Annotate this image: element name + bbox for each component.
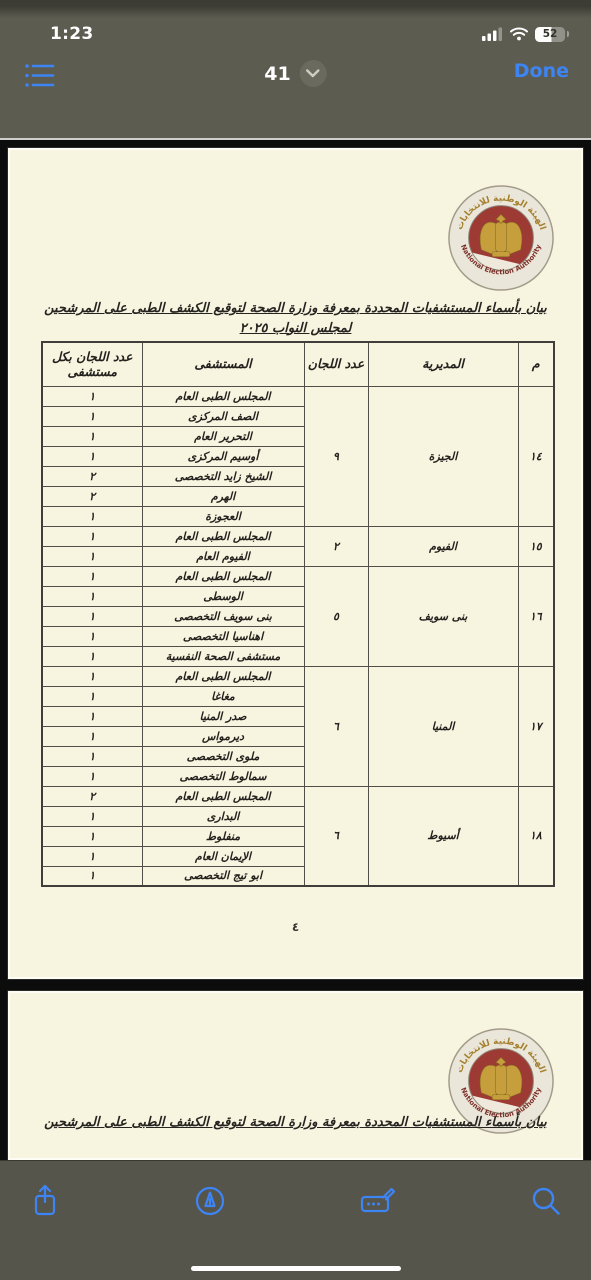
row-index-cell: ١٤	[518, 386, 554, 526]
hospital-name-cell: التحرير العام	[142, 426, 304, 446]
directorate-cell: الفيوم	[368, 526, 518, 566]
document-page-1: بيان بأسماء المستشفيات المحددة بمعرفة وز…	[8, 148, 583, 979]
hospital-name-cell: بنى سويف التخصصى	[142, 606, 304, 626]
hospital-name-cell: الوسطى	[142, 586, 304, 606]
committees-count-cell: ٦	[304, 786, 368, 886]
table-row: ١٤الجيزة٩المجلس الطبى العام١	[42, 386, 554, 406]
bottom-toolbar-icons	[0, 1161, 591, 1219]
hospital-name-cell: الفيوم العام	[142, 546, 304, 566]
document-scroll-area[interactable]: بيان بأسماء المستشفيات المحددة بمعرفة وز…	[0, 0, 591, 1280]
document-title-line2: لمجلس النواب ٢٠٢٥	[240, 321, 352, 336]
row-index-cell: ١٨	[518, 786, 554, 886]
directorate-cell: أسيوط	[368, 786, 518, 886]
committees-count-cell: ٥	[304, 566, 368, 666]
hospital-name-cell: المجلس الطبى العام	[142, 666, 304, 686]
hospital-name-cell: سمالوط التخصصى	[142, 766, 304, 786]
nav-bar: 41 Done	[0, 44, 591, 118]
committees-count-cell: ٢	[304, 526, 368, 566]
hospital-name-cell: مغاغا	[142, 686, 304, 706]
header-directorate: المديرية	[368, 342, 518, 386]
hospital-name-cell: الشيخ زايد التخصصى	[142, 466, 304, 486]
hospital-committees-cell: ١	[42, 846, 142, 866]
hospital-name-cell: الصف المركزى	[142, 406, 304, 426]
search-icon	[529, 1184, 563, 1218]
hospital-name-cell: منفلوط	[142, 826, 304, 846]
hospital-name-cell: أوسيم المركزى	[142, 446, 304, 466]
thumbnails-button[interactable]	[24, 62, 56, 89]
document-title: بيان بأسماء المستشفيات المحددة بمعرفة وز…	[27, 299, 564, 338]
committees-count-cell: ٦	[304, 666, 368, 786]
screen: الهيئة الوطنية للانتخابات National Elect…	[0, 0, 591, 1280]
hospitals-table-body: ١٤الجيزة٩المجلس الطبى العام١الصف المركزى…	[42, 386, 554, 886]
battery-cap	[567, 31, 570, 37]
hospital-committees-cell: ١	[42, 746, 142, 766]
list-bullets-icon	[24, 62, 56, 89]
hospital-committees-cell: ١	[42, 706, 142, 726]
share-button[interactable]	[28, 1183, 62, 1219]
chevron-down-icon	[306, 69, 320, 78]
hospital-name-cell: المجلس الطبى العام	[142, 526, 304, 546]
header-index: م	[518, 342, 554, 386]
hospital-committees-cell: ١	[42, 826, 142, 846]
hospital-committees-cell: ١	[42, 806, 142, 826]
hospital-name-cell: مستشفى الصحة النفسية	[142, 646, 304, 666]
table-row: ١٧المنيا٦المجلس الطبى العام١	[42, 666, 554, 686]
hospital-name-cell: الإيمان العام	[142, 846, 304, 866]
hospital-name-cell: اهناسيا التخصصى	[142, 626, 304, 646]
search-button[interactable]	[529, 1184, 563, 1218]
share-icon	[28, 1183, 62, 1219]
hospital-committees-cell: ١	[42, 566, 142, 586]
table-row: ١٦بنى سويف٥المجلس الطبى العام١	[42, 566, 554, 586]
directorate-cell: بنى سويف	[368, 566, 518, 666]
directorate-cell: الجيزة	[368, 386, 518, 526]
row-index-cell: ١٦	[518, 566, 554, 666]
document-title-line1: بيان بأسماء المستشفيات المحددة بمعرفة وز…	[44, 301, 547, 316]
hospital-committees-cell: ٢	[42, 786, 142, 806]
hospital-name-cell: ابو تيج التخصصى	[142, 866, 304, 886]
hospital-committees-cell: ١	[42, 666, 142, 686]
hospital-name-cell: صدر المنيا	[142, 706, 304, 726]
row-index-cell: ١٥	[518, 526, 554, 566]
status-time: 1:23	[50, 24, 93, 44]
hospitals-table: م المديرية عدد اللجان المستشفى عدد اللجا…	[41, 341, 555, 887]
page-indicator: 41	[264, 63, 290, 85]
hospital-committees-cell: ١	[42, 506, 142, 526]
done-button[interactable]: Done	[514, 60, 569, 82]
hospital-committees-cell: ١	[42, 426, 142, 446]
markup-button[interactable]	[193, 1184, 227, 1218]
signature-icon	[358, 1184, 398, 1218]
hospital-committees-cell: ١	[42, 866, 142, 886]
hospital-committees-cell: ١	[42, 626, 142, 646]
home-indicator[interactable]	[191, 1266, 401, 1271]
header-hospital: المستشفى	[142, 342, 304, 386]
markup-pen-icon	[193, 1184, 227, 1218]
hospital-committees-cell: ١	[42, 546, 142, 566]
hospital-committees-cell: ١	[42, 386, 142, 406]
committees-count-cell: ٩	[304, 386, 368, 526]
nea-logo	[447, 184, 555, 292]
hospital-committees-cell: ١	[42, 646, 142, 666]
battery-percent: 52	[543, 29, 558, 40]
header-committees-per-hospital: عدد اللجان بكل مستشفى	[42, 342, 142, 386]
table-header: م المديرية عدد اللجان المستشفى عدد اللجا…	[42, 342, 554, 386]
cellular-signal-icon	[482, 27, 503, 41]
hospital-committees-cell: ٢	[42, 466, 142, 486]
hospital-name-cell: ملوى التخصصى	[142, 746, 304, 766]
nea-logo-emblem	[447, 184, 555, 292]
hospital-name-cell: الهرم	[142, 486, 304, 506]
row-index-cell: ١٧	[518, 666, 554, 786]
hospital-name-cell: ديرمواس	[142, 726, 304, 746]
page-number: ٤	[10, 920, 581, 934]
battery-icon: 52	[535, 27, 565, 42]
hospital-name-cell: المجلس الطبى العام	[142, 386, 304, 406]
document-page-2: بيان بأسماء المستشفيات المحددة بمعرفة وز…	[8, 991, 583, 1160]
hospital-committees-cell: ١	[42, 586, 142, 606]
wifi-icon	[510, 27, 528, 41]
table-row: ١٨أسيوط٦المجلس الطبى العام٢	[42, 786, 554, 806]
hospital-committees-cell: ١	[42, 606, 142, 626]
header-committees: عدد اللجان	[304, 342, 368, 386]
hospital-committees-cell: ١	[42, 406, 142, 426]
document-title-line1: بيان بأسماء المستشفيات المحددة بمعرفة وز…	[44, 1115, 547, 1130]
hospital-committees-cell: ٢	[42, 486, 142, 506]
hospital-committees-cell: ١	[42, 686, 142, 706]
table-row: ١٥الفيوم٢المجلس الطبى العام١	[42, 526, 554, 546]
page-select-button[interactable]	[300, 60, 327, 87]
status-icons: 52	[482, 27, 565, 42]
top-toolbar: 1:23 52	[0, 0, 591, 140]
directorate-cell: المنيا	[368, 666, 518, 786]
hospital-name-cell: المجلس الطبى العام	[142, 566, 304, 586]
hospital-name-cell: البدارى	[142, 806, 304, 826]
signature-button[interactable]	[358, 1184, 398, 1218]
document-title-next-page: بيان بأسماء المستشفيات المحددة بمعرفة وز…	[27, 1113, 564, 1133]
hospital-name-cell: المجلس الطبى العام	[142, 786, 304, 806]
bottom-toolbar	[0, 1160, 591, 1280]
status-bar: 1:23 52	[0, 0, 591, 44]
hospital-committees-cell: ١	[42, 526, 142, 546]
hospital-committees-cell: ١	[42, 446, 142, 466]
hospital-name-cell: العجوزة	[142, 506, 304, 526]
page-indicator-group: 41	[264, 60, 326, 87]
hospital-committees-cell: ١	[42, 766, 142, 786]
hospital-committees-cell: ١	[42, 726, 142, 746]
